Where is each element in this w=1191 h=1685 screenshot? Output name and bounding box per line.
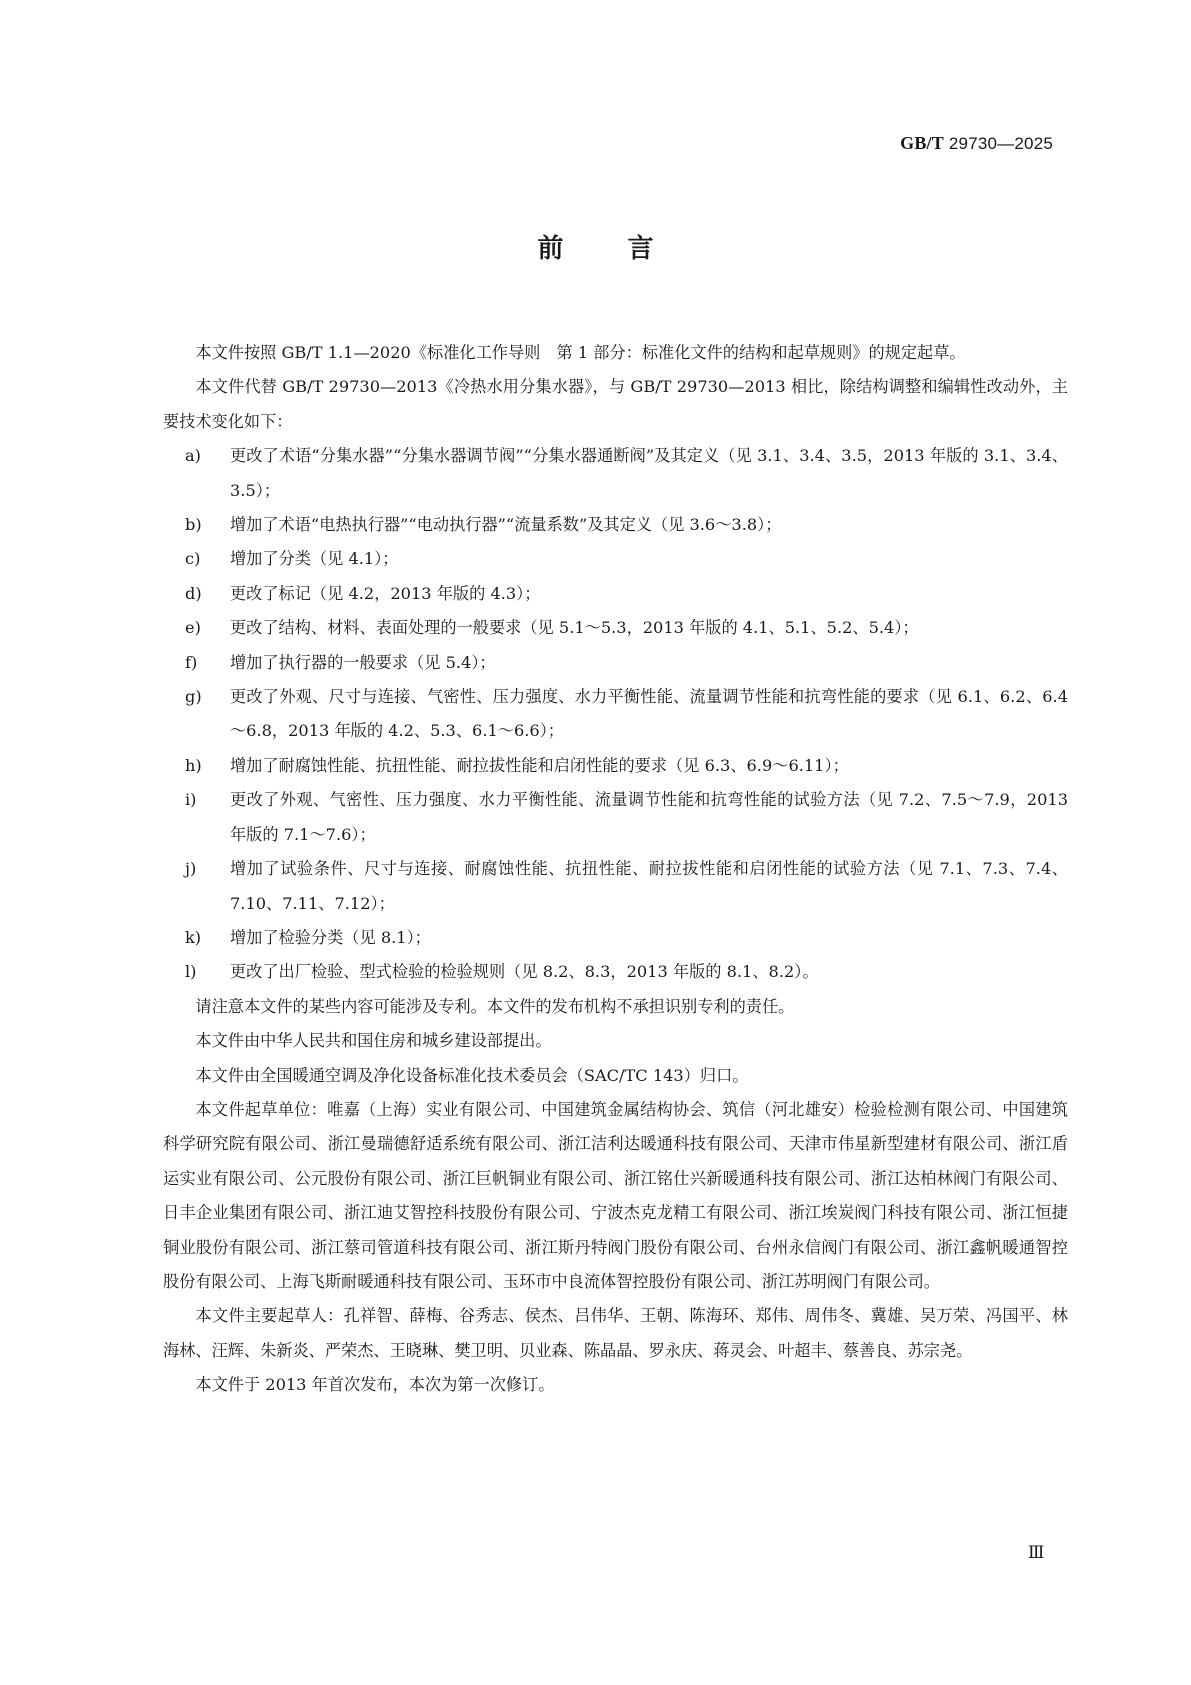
page-number: Ⅲ bbox=[1028, 1543, 1044, 1563]
list-marker: c) bbox=[185, 542, 200, 576]
drafters: 本文件主要起草人：孔祥智、薛梅、谷秀志、侯杰、吕伟华、王朝、陈海环、郑伟、周伟冬… bbox=[163, 1299, 1068, 1368]
list-item: g)更改了外观、尺寸与连接、气密性、压力强度、水力平衡性能、流量调节性能和抗弯性… bbox=[163, 680, 1068, 749]
list-text: 增加了分类（见 4.1）； bbox=[230, 549, 398, 568]
list-item: d)更改了标记（见 4.2，2013 年版的 4.3）； bbox=[163, 577, 1068, 611]
standard-number: 29730—2025 bbox=[949, 134, 1053, 153]
changes-list: a)更改了术语“分集水器”“分集水器调节阀”“分集水器通断阀”及其定义（见 3.… bbox=[163, 439, 1068, 990]
replacement-paragraph: 本文件代替 GB/T 29730—2013《冷热水用分集水器》，与 GB/T 2… bbox=[163, 370, 1068, 439]
list-marker: i) bbox=[185, 783, 197, 817]
publication-history: 本文件于 2013 年首次发布，本次为第一次修订。 bbox=[163, 1368, 1068, 1402]
list-text: 更改了出厂检验、型式检验的检验规则（见 8.2、8.3，2013 年版的 8.1… bbox=[230, 962, 819, 981]
list-text: 增加了试验条件、尺寸与连接、耐腐蚀性能、抗扭性能、耐拉拔性能和启闭性能的试验方法… bbox=[230, 859, 1068, 912]
list-item: h)增加了耐腐蚀性能、抗扭性能、耐拉拔性能和启闭性能的要求（见 6.3、6.9～… bbox=[163, 749, 1068, 783]
list-marker: h) bbox=[185, 749, 202, 783]
list-text: 更改了外观、尺寸与连接、气密性、压力强度、水力平衡性能、流量调节性能和抗弯性能的… bbox=[230, 687, 1068, 740]
list-item: b)增加了术语“电热执行器”“电动执行器”“流量系数”及其定义（见 3.6～3.… bbox=[163, 508, 1068, 542]
list-marker: d) bbox=[185, 577, 202, 611]
list-marker: j) bbox=[185, 852, 196, 886]
list-marker: g) bbox=[185, 680, 202, 714]
list-item: a)更改了术语“分集水器”“分集水器调节阀”“分集水器通断阀”及其定义（见 3.… bbox=[163, 439, 1068, 508]
list-text: 更改了结构、材料、表面处理的一般要求（见 5.1～5.3，2013 年版的 4.… bbox=[230, 618, 919, 637]
list-text: 增加了执行器的一般要求（见 5.4）； bbox=[230, 653, 496, 672]
drafting-units: 本文件起草单位：唯嘉（上海）实业有限公司、中国建筑金属结构协会、筑信（河北雄安）… bbox=[163, 1093, 1068, 1299]
list-text: 更改了外观、气密性、压力强度、水力平衡性能、流量调节性能和抗弯性能的试验方法（见… bbox=[230, 790, 1068, 843]
list-item: f)增加了执行器的一般要求（见 5.4）； bbox=[163, 646, 1068, 680]
standard-code: GB/T 29730—2025 bbox=[900, 133, 1053, 154]
page-title: 前言 bbox=[0, 228, 1191, 265]
list-text: 更改了术语“分集水器”“分集水器调节阀”“分集水器通断阀”及其定义（见 3.1、… bbox=[230, 446, 1068, 499]
list-marker: b) bbox=[185, 508, 202, 542]
list-text: 更改了标记（见 4.2，2013 年版的 4.3）； bbox=[230, 584, 540, 603]
list-marker: k) bbox=[185, 921, 201, 955]
list-text: 增加了检验分类（见 8.1）； bbox=[230, 928, 431, 947]
managed-by: 本文件由全国暖通空调及净化设备标准化技术委员会（SAC/TC 143）归口。 bbox=[163, 1059, 1068, 1093]
list-item: c)增加了分类（见 4.1）； bbox=[163, 542, 1068, 576]
list-marker: e) bbox=[185, 611, 201, 645]
proposed-by: 本文件由中华人民共和国住房和城乡建设部提出。 bbox=[163, 1024, 1068, 1058]
list-marker: f) bbox=[185, 646, 197, 680]
document-body: 本文件按照 GB/T 1.1—2020《标准化工作导则 第 1 部分：标准化文件… bbox=[163, 336, 1068, 1403]
list-item: k)增加了检验分类（见 8.1）； bbox=[163, 921, 1068, 955]
standard-prefix: GB/T bbox=[900, 133, 944, 153]
list-marker: a) bbox=[185, 439, 201, 473]
list-item: e)更改了结构、材料、表面处理的一般要求（见 5.1～5.3，2013 年版的 … bbox=[163, 611, 1068, 645]
list-item: j)增加了试验条件、尺寸与连接、耐腐蚀性能、抗扭性能、耐拉拔性能和启闭性能的试验… bbox=[163, 852, 1068, 921]
list-item: i)更改了外观、气密性、压力强度、水力平衡性能、流量调节性能和抗弯性能的试验方法… bbox=[163, 783, 1068, 852]
list-text: 增加了术语“电热执行器”“电动执行器”“流量系数”及其定义（见 3.6～3.8）… bbox=[230, 515, 781, 534]
list-marker: l) bbox=[185, 955, 197, 989]
list-item: l)更改了出厂检验、型式检验的检验规则（见 8.2、8.3，2013 年版的 8… bbox=[163, 955, 1068, 989]
intro-paragraph: 本文件按照 GB/T 1.1—2020《标准化工作导则 第 1 部分：标准化文件… bbox=[163, 336, 1068, 370]
patent-notice: 请注意本文件的某些内容可能涉及专利。本文件的发布机构不承担识别专利的责任。 bbox=[163, 990, 1068, 1024]
list-text: 增加了耐腐蚀性能、抗扭性能、耐拉拔性能和启闭性能的要求（见 6.3、6.9～6.… bbox=[230, 756, 849, 775]
